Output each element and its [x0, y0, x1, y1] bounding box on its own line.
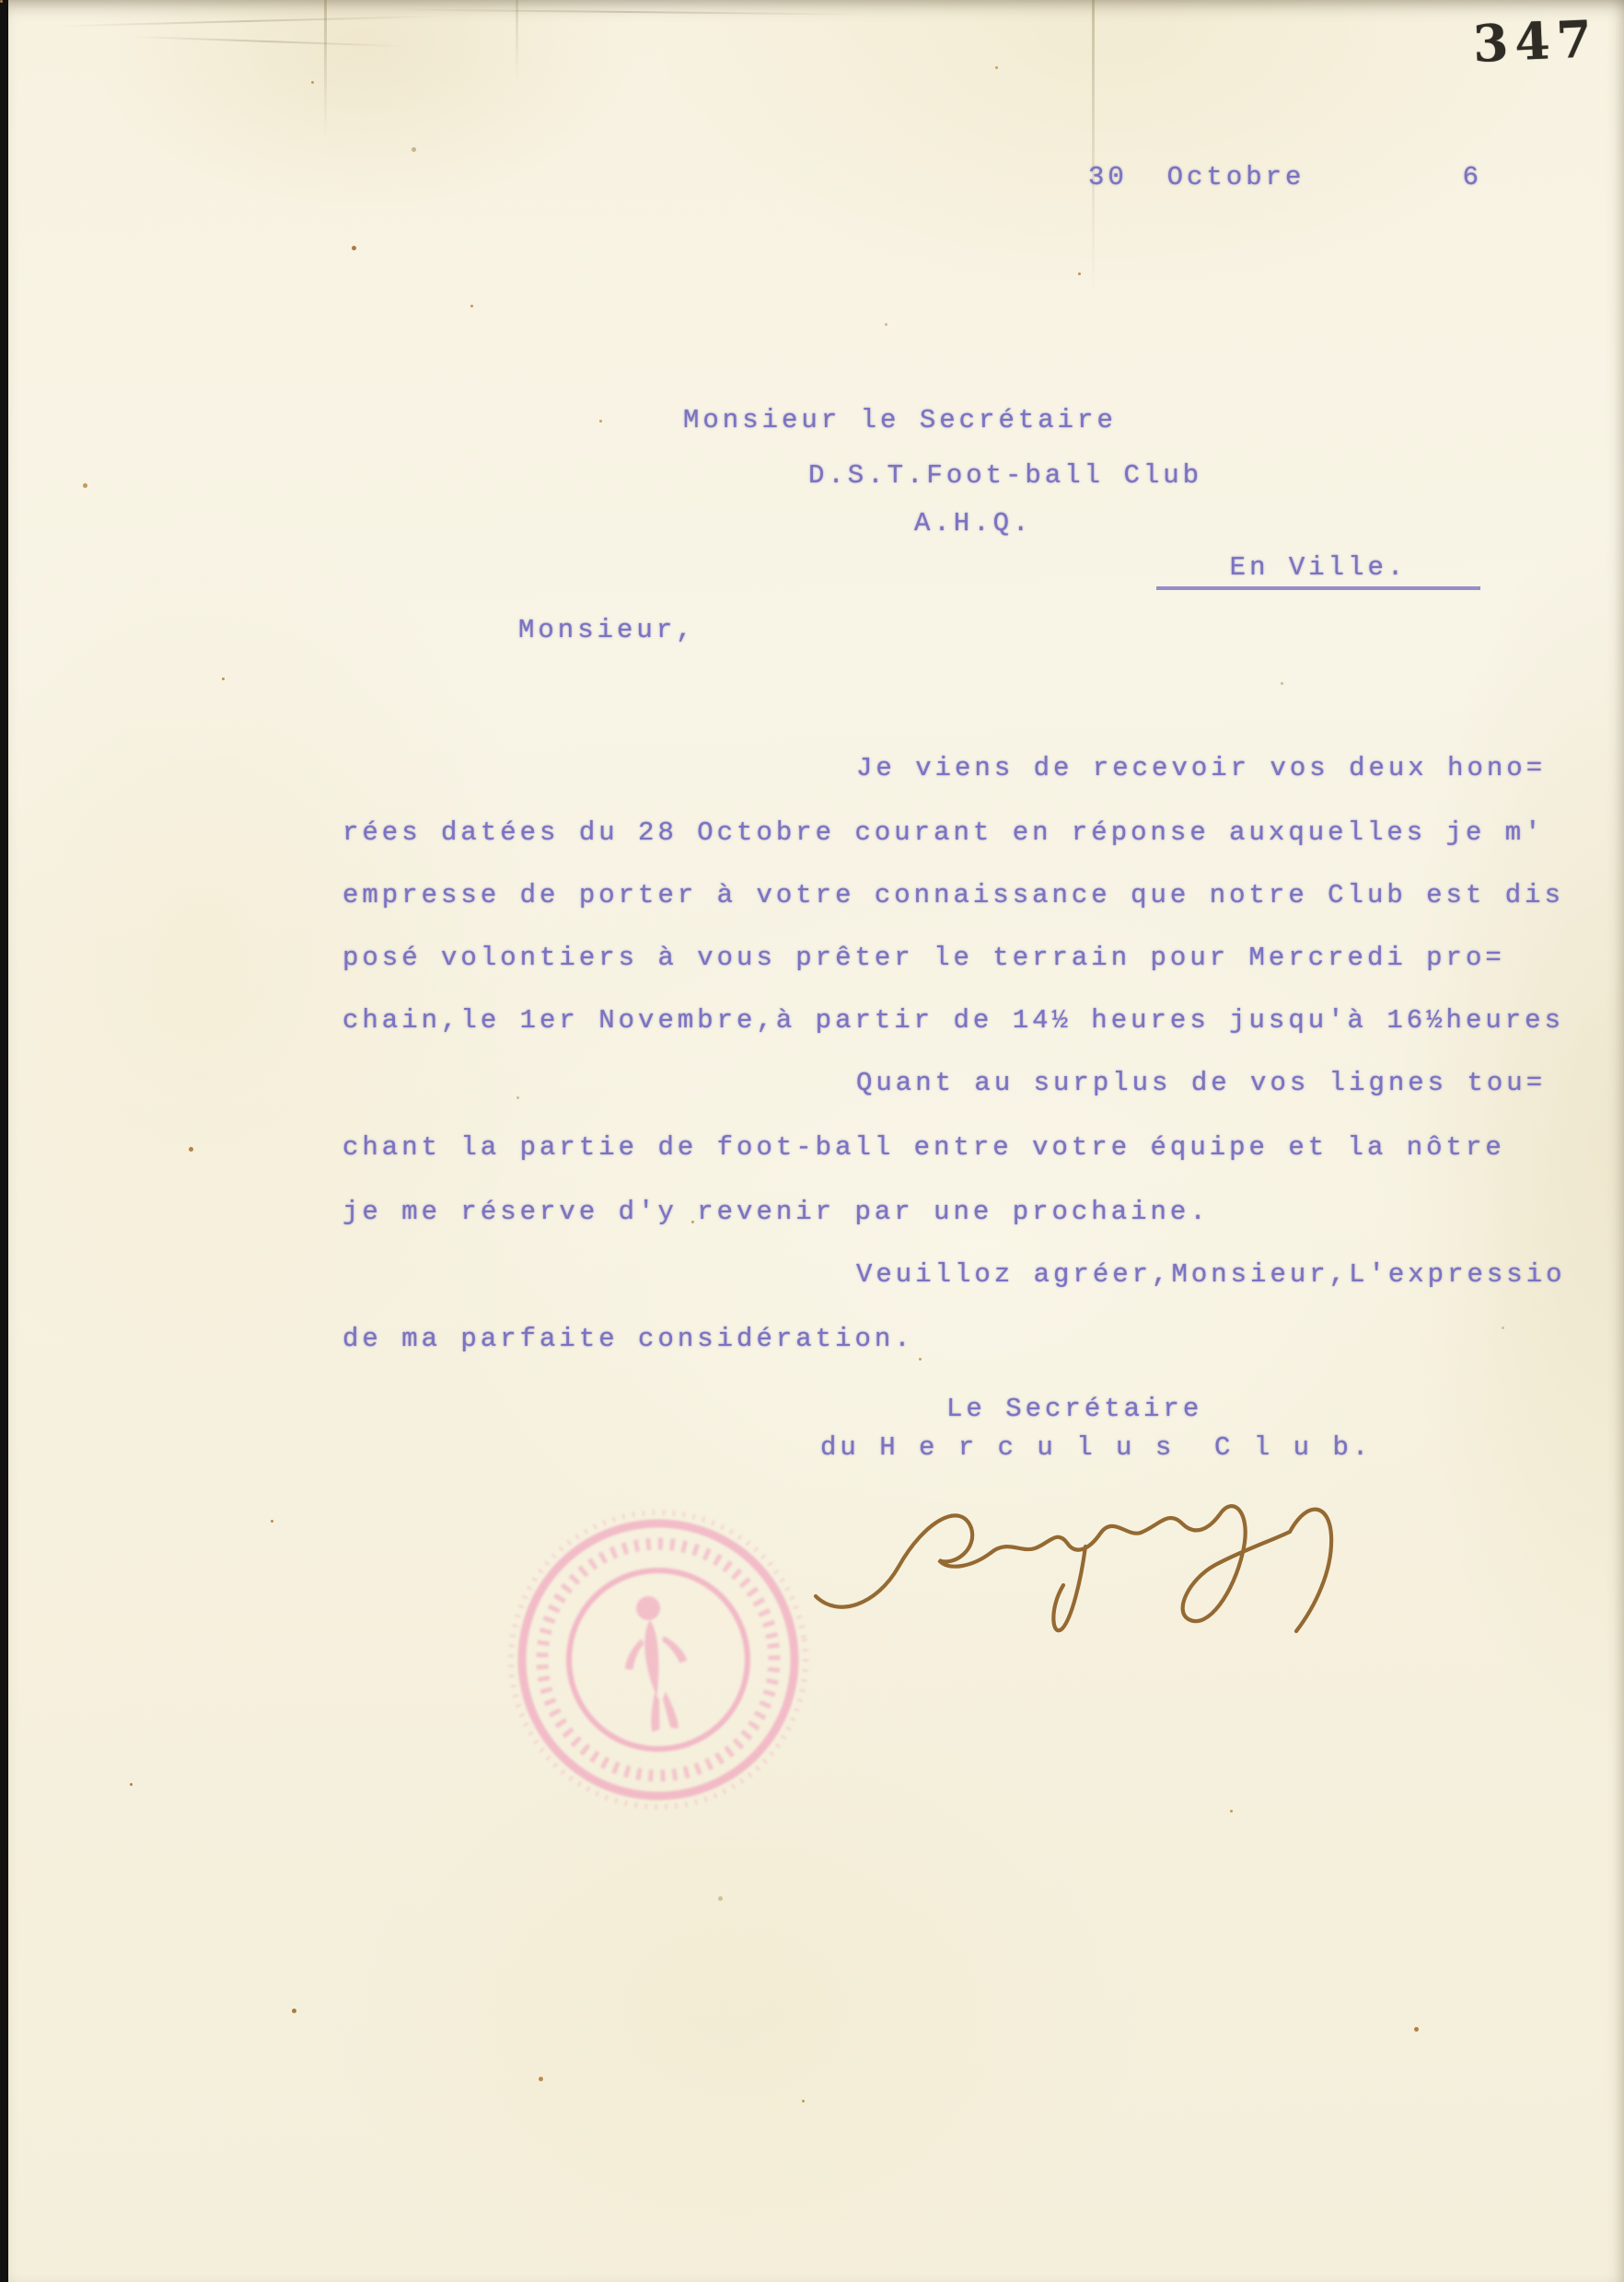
- paper-crease: [324, 0, 327, 138]
- body-line: chant la partie de foot-ball entre votre…: [342, 1132, 1505, 1163]
- body-line: rées datées du 28 Octobre courant en rép…: [342, 817, 1545, 848]
- body-line: de ma parfaite considération.: [342, 1324, 914, 1354]
- closing-title: Le Secrétaire: [946, 1394, 1202, 1424]
- body-line: Veuilloz agréer,Monsieur,L'expressio: [856, 1259, 1566, 1290]
- club-stamp: [476, 1477, 840, 1841]
- paper-crease: [1092, 0, 1095, 295]
- body-line: je me réserve d'y revenir par une procha…: [342, 1197, 1210, 1227]
- recipient-line-2: D.S.T.Foot-ball Club: [808, 460, 1202, 491]
- scanned-letter-page: 347 30 Octobre 6 Monsieur le Secrétaire …: [0, 0, 1624, 2282]
- recipient-location: En Ville.: [1156, 552, 1480, 590]
- body-line: chain,le 1er Novembre,à partir de 14½ he…: [342, 1005, 1564, 1036]
- closing-club: du H e r c u l u s C l u b.: [820, 1432, 1372, 1463]
- recipient-line-3: A.H.Q.: [914, 508, 1032, 539]
- paper-crease: [516, 0, 518, 83]
- salutation: Monsieur,: [518, 615, 696, 645]
- recipient-line-1: Monsieur le Secrétaire: [683, 405, 1117, 435]
- body-line: Je viens de recevoir vos deux hono=: [856, 753, 1546, 783]
- handwritten-signature: [799, 1478, 1361, 1672]
- body-line: posé volontiers à vous prêter le terrain…: [342, 943, 1505, 973]
- body-line: Quant au surplus de vos lignes tou=: [856, 1068, 1546, 1098]
- foxing-specks: [0, 0, 3, 3]
- body-line: empresse de porter à votre connaissance …: [342, 880, 1564, 910]
- date-line: 30 Octobre 6: [1088, 162, 1482, 192]
- archive-page-number: 347: [1472, 8, 1600, 74]
